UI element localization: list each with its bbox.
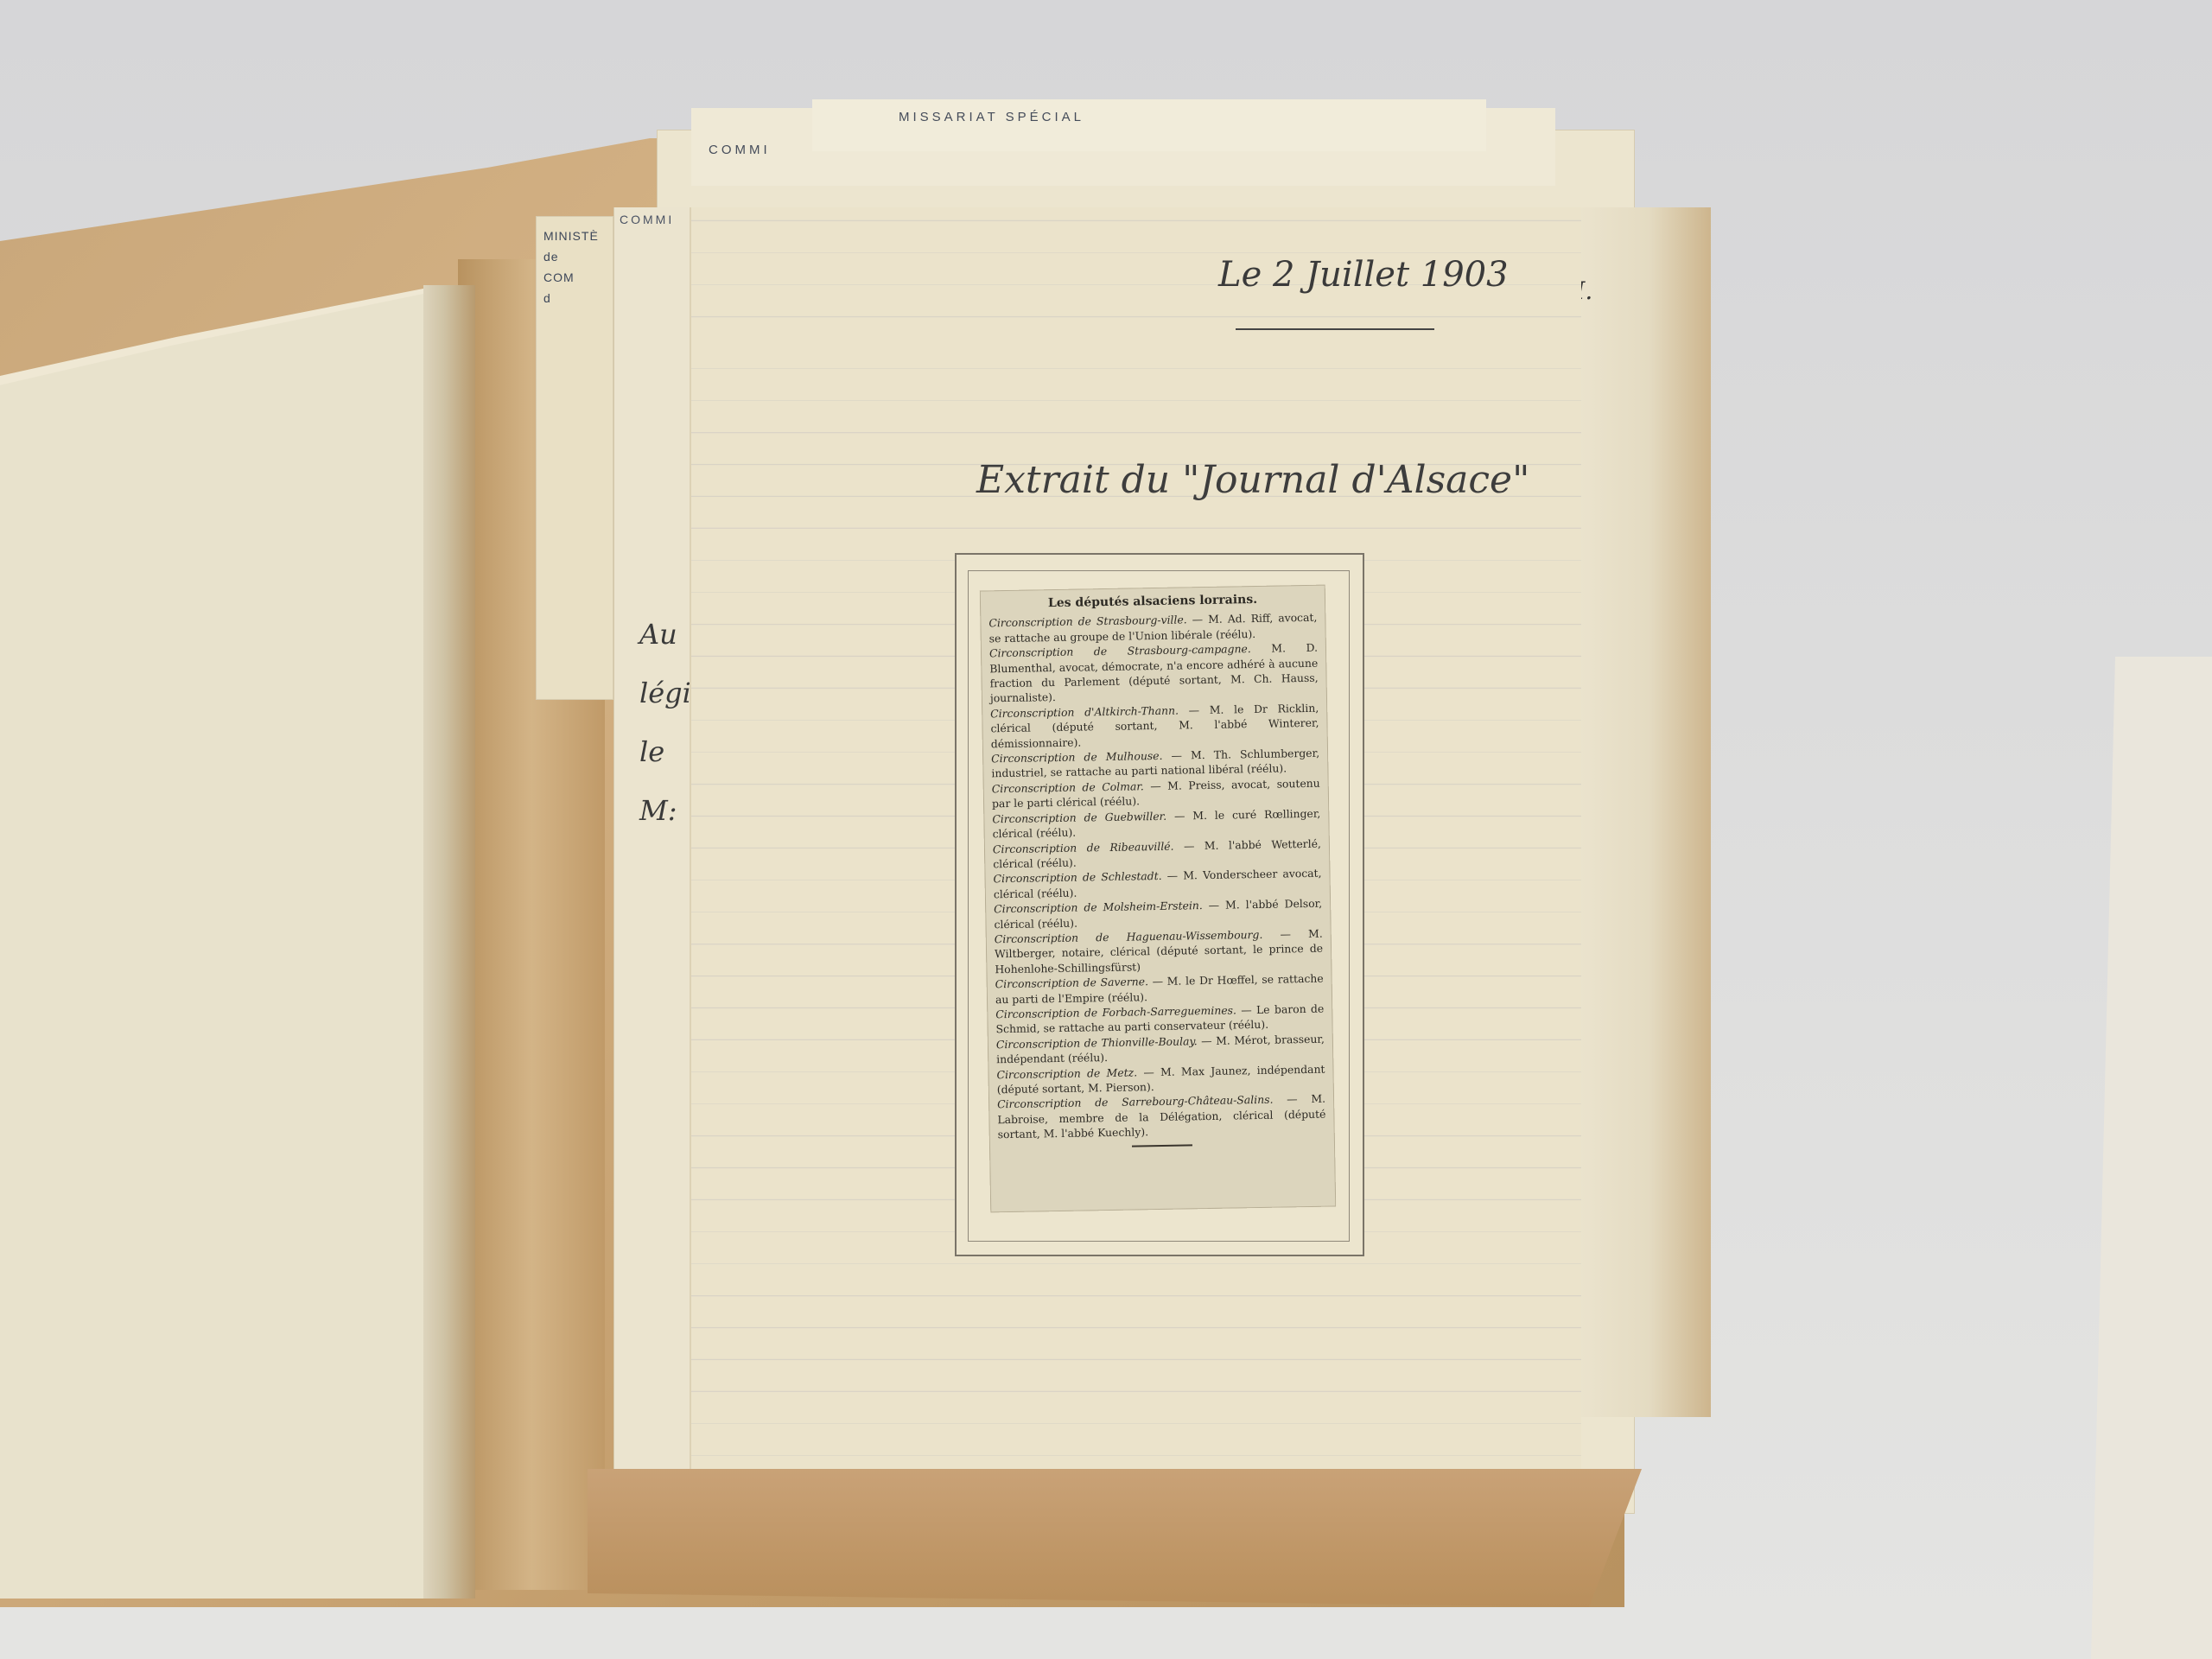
- constituency-name: Circonscription de Mulhouse.: [991, 749, 1163, 765]
- ministry-tab[interactable]: MINISTÈ de COM d: [536, 216, 613, 700]
- date-underline: [1236, 328, 1434, 330]
- ministry-line: COM: [543, 270, 606, 284]
- clipping-end-rule: [1132, 1144, 1192, 1147]
- constituency-name: Circonscription de Saverne.: [995, 975, 1149, 990]
- constituency-name: Circonscription de Molsheim-Erstein.: [994, 899, 1203, 915]
- top-sheet-header[interactable]: MISSARIAT SPÉCIAL: [812, 99, 1486, 151]
- clipping-entry: Circonscription d'Altkirch-Thann. — M. l…: [990, 701, 1319, 752]
- constituency-name: Circonscription de Thionville-Boulay.: [996, 1034, 1198, 1051]
- margin-word: législ: [639, 664, 691, 722]
- handwritten-date: Le 2 Juillet 1903: [1218, 255, 1509, 295]
- margin-word: le: [639, 722, 691, 781]
- folder-bottom-flap: [588, 1469, 1642, 1607]
- constituency-name: Circonscription de Metz.: [996, 1065, 1137, 1081]
- constituency-name: Circonscription d'Altkirch-Thann.: [990, 703, 1179, 720]
- left-blank-page[interactable]: [0, 294, 423, 1599]
- ruled-main-page[interactable]: Le 2 Juillet 1903 Extrait du "Journal d'…: [691, 207, 1581, 1538]
- constituency-name: Circonscription de Guebwiller.: [992, 809, 1166, 825]
- left-page-edge: [423, 285, 475, 1599]
- commissariat-label: MISSARIAT SPÉCIAL: [899, 110, 1084, 124]
- clipping-entry: Circonscription de Haguenau-Wissembourg.…: [995, 926, 1324, 977]
- ministry-line: de: [543, 250, 606, 264]
- clipping-entries: Circonscription de Strasbourg-ville. — M…: [988, 610, 1326, 1142]
- ministry-line: d: [543, 291, 606, 305]
- constituency-name: Circonscription de Strasbourg-ville.: [988, 613, 1187, 630]
- constituency-name: Circonscription de Schlestadt.: [993, 869, 1161, 885]
- handwritten-title: Extrait du "Journal d'Alsace": [976, 458, 1529, 502]
- margin-word: Au: [639, 605, 691, 664]
- clipping-heading: Les députés alsaciens lorrains.: [988, 592, 1317, 613]
- ministry-line: MINISTÈ: [543, 229, 606, 243]
- newspaper-clipping[interactable]: Les députés alsaciens lorrains. Circonsc…: [980, 585, 1337, 1213]
- clipping-entry: Circonscription de Strasbourg-campagne. …: [989, 640, 1319, 706]
- constituency-name: Circonscription de Colmar.: [992, 779, 1144, 795]
- constituency-name: Circonscription de Ribeauvillé.: [993, 839, 1174, 855]
- margin-handwriting: Au législ le M:: [639, 605, 691, 840]
- comm-tab-label: COMMI: [709, 143, 771, 157]
- margin-word: M:: [639, 781, 691, 840]
- background-sheet: [2091, 657, 2212, 1659]
- clipping-entry: Circonscription de Sarrebourg-Château-Sa…: [997, 1091, 1326, 1142]
